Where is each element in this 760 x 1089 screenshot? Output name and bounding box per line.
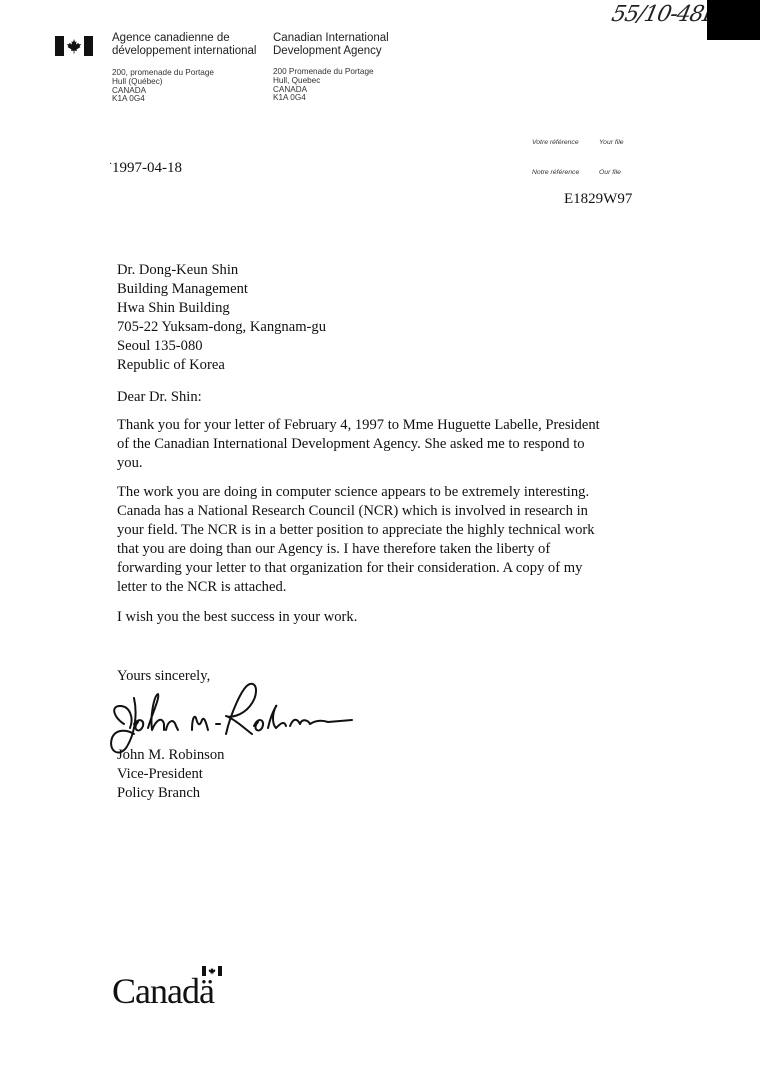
handwritten-reference: 55/10-48L (609, 2, 719, 27)
date-text: 1997-04-18 (112, 160, 182, 176)
canada-wordmark: Canadä (112, 970, 214, 1012)
agency-name-fr: Agence canadienne de développement inter… (112, 32, 257, 58)
paragraph-line: Thank you for your letter of February 4,… (117, 416, 642, 435)
signer-branch: Policy Branch (117, 784, 224, 803)
canada-flag-icon (55, 36, 93, 56)
signer-block: John M. Robinson Vice-President Policy B… (117, 746, 224, 803)
recipient-line: Seoul 135-080 (117, 337, 326, 356)
address-line: K1A 0G4 (112, 95, 214, 104)
paragraph-line: that you are doing than our Agency is. I… (117, 540, 642, 559)
address-fr: 200, promenade du Portage Hull (Québec) … (112, 69, 214, 104)
paragraph-line: of the Canadian International Developmen… (117, 435, 642, 454)
paragraph-line: your field. The NCR is in a better posit… (117, 521, 642, 540)
mini-flag-icon (202, 966, 222, 976)
agency-name-en-line: Development Agency (273, 45, 389, 58)
reference-number: E1829W97 (564, 191, 632, 208)
paragraph: The work you are doing in computer scien… (117, 483, 642, 597)
paragraph: Thank you for your letter of February 4,… (117, 416, 642, 473)
recipient-address: Dr. Dong-Keun Shin Building Management H… (117, 261, 326, 375)
recipient-line: 705-22 Yuksam-dong, Kangnam-gu (117, 318, 326, 337)
address-en: 200 Promenade du Portage Hull, Quebec CA… (273, 68, 374, 103)
address-line: K1A 0G4 (273, 94, 374, 103)
agency-name-en-line: Canadian International (273, 32, 389, 45)
letter-date: · 1997-04-18 (112, 160, 182, 177)
recipient-line: Dr. Dong-Keun Shin (117, 261, 326, 280)
our-file-label: Our file (599, 169, 621, 176)
wordmark-text: Canadä (112, 971, 214, 1011)
paragraph-line: I wish you the best success in your work… (117, 608, 357, 627)
paragraph-line: letter to the NCR is attached. (117, 578, 642, 597)
agency-name-fr-line: développement international (112, 45, 257, 58)
paragraph-line: forwarding your letter to that organizat… (117, 559, 642, 578)
signer-title: Vice-President (117, 765, 224, 784)
recipient-line: Republic of Korea (117, 356, 326, 375)
signer-name: John M. Robinson (117, 746, 224, 765)
notre-reference-label: Notre référence (532, 169, 579, 176)
paragraph-line: you. (117, 454, 642, 473)
bullet-dot: · (109, 159, 112, 170)
paragraph-line: The work you are doing in computer scien… (117, 483, 642, 502)
paragraph-line: Canada has a National Research Council (… (117, 502, 642, 521)
agency-name-fr-line: Agence canadienne de (112, 32, 257, 45)
recipient-line: Building Management (117, 280, 326, 299)
redaction-box (707, 0, 760, 40)
recipient-line: Hwa Shin Building (117, 299, 326, 318)
your-file-label: Your file (599, 139, 624, 146)
agency-name-en: Canadian International Development Agenc… (273, 32, 389, 58)
salutation: Dear Dr. Shin: (117, 388, 202, 407)
paragraph: I wish you the best success in your work… (117, 608, 357, 627)
letter-page: Agence canadienne de développement inter… (0, 0, 760, 1089)
votre-reference-label: Votre référence (532, 139, 579, 146)
